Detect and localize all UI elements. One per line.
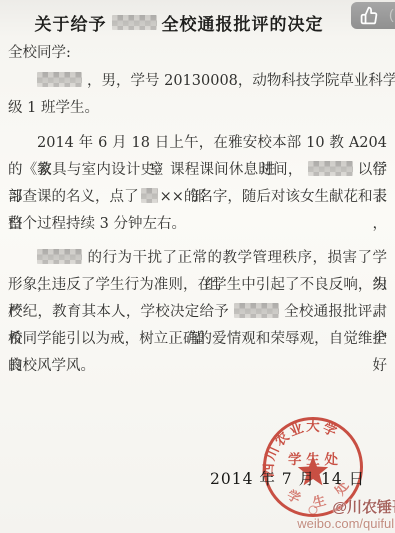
weibo-watermark: @川农锤哥 weibo.com/quifuli bbox=[297, 500, 395, 532]
document-title: 关于给予 全校通报批评的决定 bbox=[0, 10, 358, 34]
doc-line: ，男，学号 20130008，动物科技学院草业科学 2013 bbox=[8, 68, 387, 95]
line-text: 的《家具与室内设计史》课程课间休息时间， bbox=[8, 162, 303, 178]
redaction-mosaic bbox=[37, 72, 82, 87]
doc-line: 形象，违反了学生行为准则，在学生中引起了不良反响，为严肃 bbox=[8, 272, 387, 299]
salutation: 全校同学: bbox=[8, 40, 387, 67]
redaction-mosaic bbox=[234, 303, 279, 318]
doc-line: 的《家具与室内设计史》课程课间休息时间，以学习部干 bbox=[8, 157, 387, 184]
redaction-mosaic bbox=[37, 249, 82, 264]
watermark-url[interactable]: weibo.com/quifuli bbox=[297, 516, 395, 532]
line-text: ，男，学号 20130008，动物科技学院草业科学 2013 bbox=[87, 73, 395, 89]
doc-line: 校纪，教育其本人，学校决定给予全校通报批评。希望全 bbox=[8, 299, 387, 326]
like-count-fragment: ( bbox=[389, 6, 394, 22]
title-text-post: 全校通报批评的决定 bbox=[162, 10, 324, 35]
doc-line: 整个过程持续 3 分钟左右。 bbox=[8, 211, 387, 238]
doc-line: 级 1 班学生。 bbox=[8, 95, 387, 122]
doc-line: 的校风学风。 bbox=[8, 353, 387, 380]
document-date: 2014 年 7 月 14 日 bbox=[210, 467, 365, 489]
doc-line: 的行为干扰了正常的教学管理秩序，损害了学生组织 bbox=[8, 245, 387, 272]
doc-line: 校同学能引以为戒，树立正确的爱情观和荣辱观，自觉维护良好 bbox=[8, 326, 387, 353]
scanned-notice-photo: 关于给予 全校通报批评的决定 ( 全校同学: ，男，学号 20130008，动物… bbox=[0, 0, 395, 533]
thumbs-up-icon bbox=[360, 6, 379, 25]
doc-line: 2014 年 6 月 18 日上午，在雅安校本部 10 教 A204 教室进行 bbox=[8, 130, 387, 157]
redaction-mosaic bbox=[308, 161, 353, 176]
doc-line: 部查课的名义，点了××的名字，随后对该女生献花和表白， bbox=[8, 184, 387, 211]
watermark-handle: @川农锤哥 bbox=[297, 500, 395, 516]
line-text: 部查课的名义，点了 bbox=[8, 189, 139, 205]
title-text-pre: 关于给予 bbox=[35, 10, 107, 35]
redaction-mosaic bbox=[141, 188, 158, 203]
line-text: 校纪，教育其本人，学校决定给予 bbox=[8, 304, 229, 320]
redaction-mosaic bbox=[112, 15, 157, 30]
